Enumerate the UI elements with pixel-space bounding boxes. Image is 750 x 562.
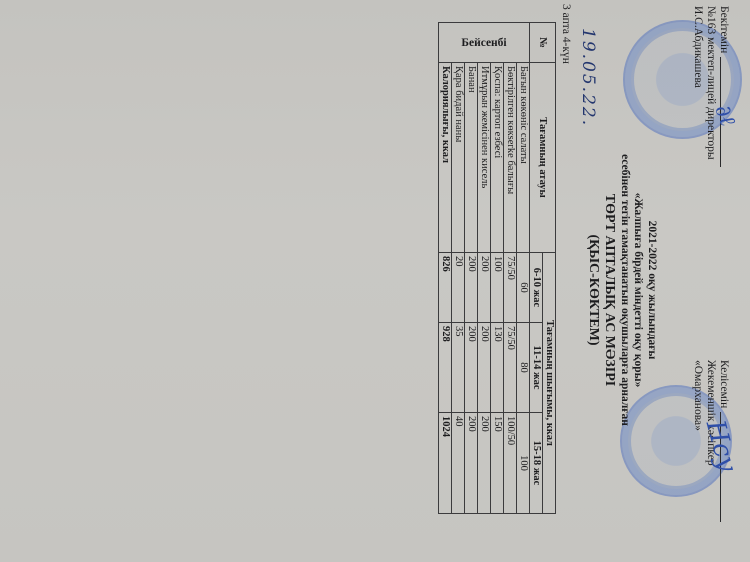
value-15-18: 150 [491, 413, 504, 514]
day-cell: Бейсенбі [439, 23, 530, 63]
title-audience: есебінен тегін тамақтанатын оқушыларға а… [618, 130, 632, 450]
menu-document: Бекітемін №163 мектеп-лицей директоры И.… [0, 0, 750, 562]
table-row: Банан 200 200 200 [465, 23, 478, 514]
dish-name: Қара бидай наны [452, 63, 465, 253]
value-15-18: 200 [465, 413, 478, 514]
approval-block-left: Бекітемін №163 мектеп-лицей директоры И.… [691, 6, 730, 167]
value-11-14: 130 [491, 323, 504, 413]
dish-name: Банан [465, 63, 478, 253]
dish-name: Итмұрын жемісінен кисель [478, 63, 491, 253]
dish-name: Бөктірілген көкserke балығы [504, 63, 517, 253]
menu-table: № Тағамның атауы Тағамның шығымы, ккал 6… [438, 22, 556, 514]
title-year: 2021-2022 оқу жылындағы [645, 130, 659, 450]
total-6-10: 826 [439, 253, 452, 323]
header-age-6-10: 6-10 жас [530, 253, 543, 323]
approval-left-name: И.С.Абдикашева [691, 6, 704, 167]
value-11-14: 200 [465, 323, 478, 413]
total-15-18: 1024 [439, 413, 452, 514]
table-header-row: № Тағамның атауы Тағамның шығымы, ккал [543, 23, 556, 514]
header-dish-name: Тағамның атауы [530, 63, 556, 253]
approval-right-heading: Келісемін [718, 360, 730, 408]
week-day-label: 3 апта 4-күн [560, 4, 572, 64]
value-6-10: 20 [452, 253, 465, 323]
value-15-18: 200 [478, 413, 491, 514]
value-11-14: 75/50 [504, 323, 517, 413]
value-11-14: 200 [478, 323, 491, 413]
title-fund: «Жалпыға бірдей міндетті оқу қоры» [631, 130, 645, 450]
value-6-10: 200 [465, 253, 478, 323]
value-6-10: 75/50 [504, 253, 517, 323]
value-11-14: 35 [452, 323, 465, 413]
value-15-18: 100/50 [504, 413, 517, 514]
title-menu: ТӨРТ АПТАЛЫҚ АС МӘЗІРІ [602, 130, 618, 450]
table-row: Қоспа: картоп езбесі 100 130 150 [491, 23, 504, 514]
total-label: Калориялығы, ккал [439, 63, 452, 253]
document-title: 2021-2022 оқу жылындағы «Жалпыға бірдей … [586, 130, 659, 450]
value-6-10: 100 [491, 253, 504, 323]
dish-name: Қоспа: картоп езбесі [491, 63, 504, 253]
approval-left-heading: Бекітемін [718, 6, 730, 53]
value-15-18: 100 [517, 413, 530, 514]
header-yield: Тағамның шығымы, ккал [543, 253, 556, 514]
handwritten-date: 19.05.22. [578, 28, 598, 127]
title-season: (ҚЫС-КӨКТЕМ) [586, 130, 602, 450]
total-11-14: 928 [439, 323, 452, 413]
day-label: Бейсенбі [461, 37, 506, 49]
dish-name: Бағын көкөніс салаты [517, 63, 530, 253]
table-row: Итмұрын жемісінен кисель 200 200 200 [478, 23, 491, 514]
table-row: Қара бидай наны 20 35 40 [452, 23, 465, 514]
table-total-row: Калориялығы, ккал 826 928 1024 [439, 23, 452, 514]
value-15-18: 40 [452, 413, 465, 514]
table-row: Бейсенбі Бағын көкөніс салаты 60 80 100 [517, 23, 530, 514]
approval-left-position: №163 мектеп-лицей директоры [704, 6, 717, 167]
approval-right-name: «Омарханова» [691, 360, 704, 522]
value-11-14: 80 [517, 323, 530, 413]
header-age-15-18: 15-18 жас [530, 413, 543, 514]
value-6-10: 60 [517, 253, 530, 323]
value-6-10: 200 [478, 253, 491, 323]
header-age-11-14: 11-14 жас [530, 323, 543, 413]
table-row: Бөктірілген көкserke балығы 75/50 75/50 … [504, 23, 517, 514]
header-number: № [530, 23, 556, 63]
